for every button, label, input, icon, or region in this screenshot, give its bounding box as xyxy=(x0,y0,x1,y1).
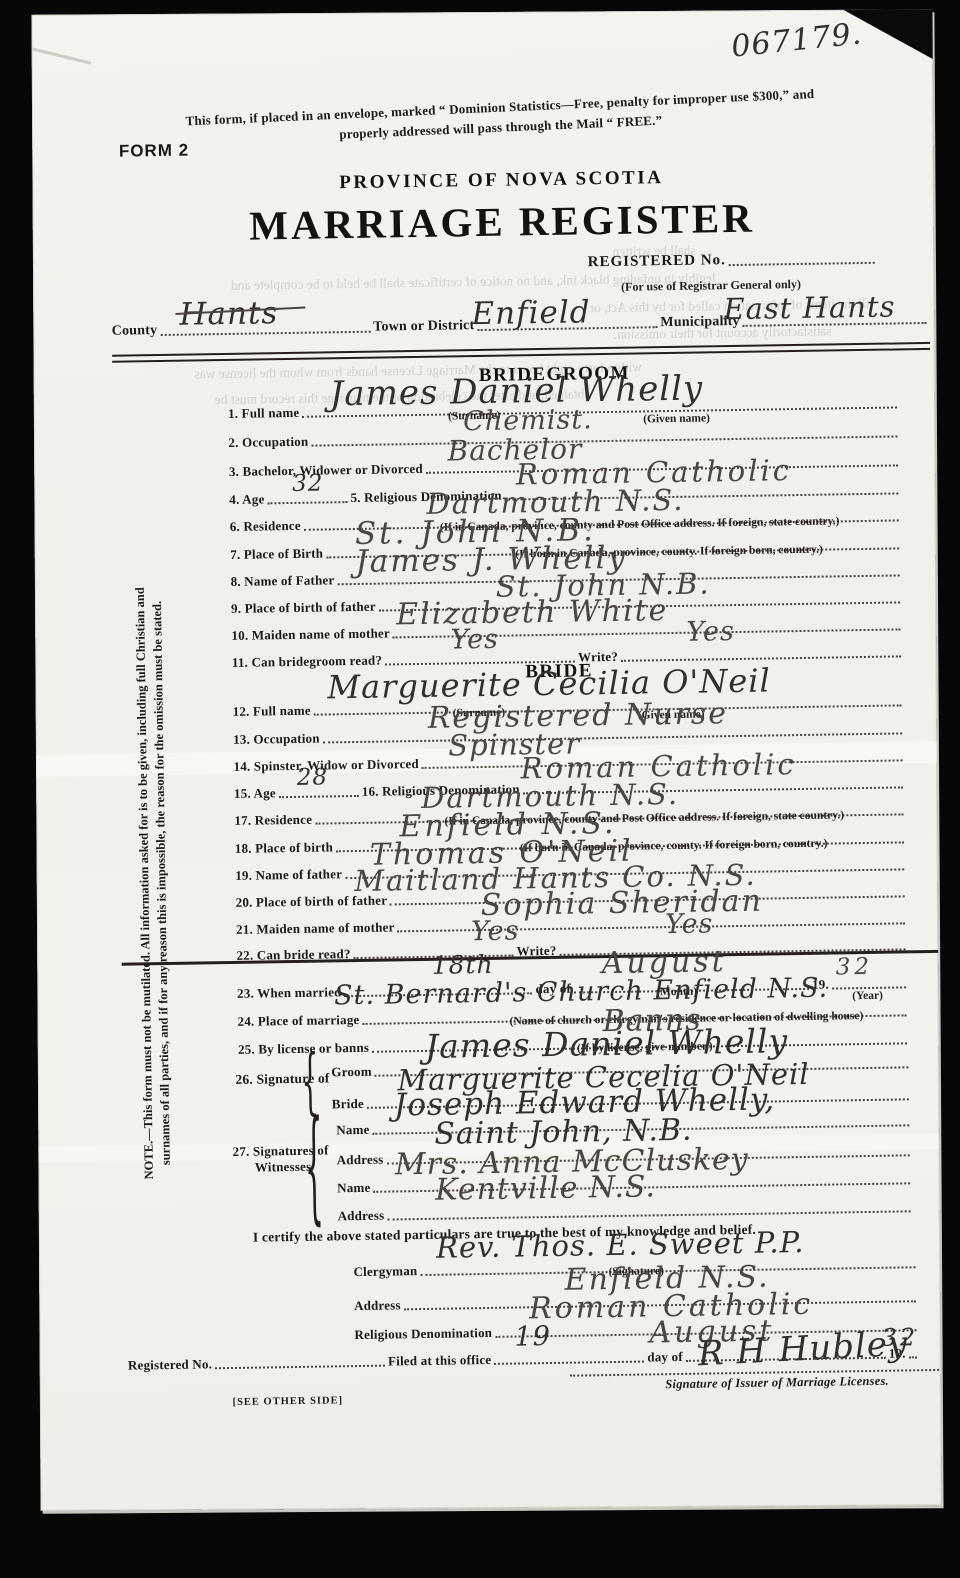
bride-birthplace-label: 18. Place of birth xyxy=(235,839,333,857)
bride-canread-value: Yes xyxy=(471,915,520,947)
issuer-signature-label: Signature of Issuer of Marriage Licenses… xyxy=(665,1374,889,1393)
form-number: FORM 2 xyxy=(119,141,190,162)
margin-note: NOTE.—This form must not be mutilated. A… xyxy=(131,549,175,1217)
groom-father-label: 8. Name of Father xyxy=(231,572,335,590)
registered-no-footer-label: Registered No. xyxy=(128,1356,212,1373)
county-label: County xyxy=(112,323,158,340)
witnesses-label-line2: Witnesses xyxy=(255,1159,312,1176)
groom-fullname-label: 1. Full name xyxy=(228,405,300,422)
bride-occupation-label: 13. Occupation xyxy=(233,731,320,748)
bride-mother-label: 21. Maiden name of mother xyxy=(236,919,395,937)
bride-sig-label: Bride xyxy=(332,1096,364,1113)
witness2-address-value: Kentville N.S. xyxy=(435,1169,656,1207)
registered-no-label: REGISTERED No. xyxy=(588,252,726,271)
groom-canwrite-value: Yes xyxy=(686,616,735,648)
groom-status-label: 3. Bachelor, Widower or Divorced xyxy=(229,461,423,480)
scanned-page: shall be written legibly in unfading bla… xyxy=(31,9,941,1510)
groom-birthplace-label: 7. Place of Birth xyxy=(230,545,323,562)
wedding-day-value: 18th xyxy=(431,950,493,980)
when-married-label: 23. When married xyxy=(237,984,342,1002)
groom-father-birthplace-label: 9. Place of birth of father xyxy=(231,599,376,617)
filed-at-office-label: Filed at this office xyxy=(388,1352,492,1370)
bride-canwrite-value: Yes xyxy=(665,908,714,940)
town-district-value: Enfield xyxy=(471,294,591,332)
witness2-name-label: Name xyxy=(337,1180,371,1197)
groom-occupation-label: 2. Occupation xyxy=(228,434,308,451)
town-district-label: Town or District xyxy=(373,318,474,336)
groom-age-label: 4. Age xyxy=(229,491,264,508)
filed-day-value: 19 xyxy=(514,1321,551,1353)
clergyman-label: Clergyman xyxy=(353,1263,417,1280)
groom-givenname-hint: (Given name) xyxy=(643,412,710,425)
clergyman-address-label: Address xyxy=(354,1297,401,1314)
groom-sig-label: Groom xyxy=(331,1064,372,1081)
wedding-year-value: 32 xyxy=(836,954,874,981)
bride-age-value: 28 xyxy=(297,764,329,790)
witness1-name-label: Name xyxy=(336,1122,370,1139)
groom-mother-label: 10. Maiden name of mother xyxy=(231,625,390,643)
groom-age-value: 32 xyxy=(292,470,324,496)
witness1-address-label: Address xyxy=(337,1152,384,1169)
bride-fullname-label: 12. Full name xyxy=(233,703,311,720)
place-of-marriage-label: 24. Place of marriage xyxy=(237,1012,359,1030)
bride-residence-label: 17. Residence xyxy=(234,812,312,829)
see-other-side-note: [SEE OTHER SIDE] xyxy=(232,1395,343,1408)
page-content: shall be written legibly in unfading bla… xyxy=(31,9,941,1510)
year-hint: (Year) xyxy=(852,990,883,1002)
municipality-value: East Hants xyxy=(723,289,896,326)
groom-mother-value: Elizabeth White xyxy=(396,593,669,632)
bride-father-label: 19. Name of father xyxy=(235,866,342,884)
province-heading: PROVINCE OF NOVA SCOTIA xyxy=(251,166,751,196)
clergyman-denomination-label: Religious Denomination xyxy=(354,1325,492,1343)
bride-mother-value: Sophia Sheridan xyxy=(480,884,763,923)
page-title: MARRIAGE REGISTER xyxy=(122,192,883,252)
scanned-marriage-register: { "scan": { "corner_number": "067179." }… xyxy=(0,0,960,1578)
witnesses-brace: { xyxy=(304,1099,325,1239)
clergyman-signature-value: Rev. Thos. E. Sweet P.P. xyxy=(436,1225,805,1265)
groom-canread-value: Yes xyxy=(450,624,499,656)
bride-age-label: 15. Age xyxy=(234,785,276,802)
corner-file-number: 067179. xyxy=(730,16,864,64)
witness2-address-label: Address xyxy=(338,1208,385,1225)
groom-residence-label: 6. Residence xyxy=(230,518,301,535)
filed-day-of-label: day of xyxy=(647,1349,683,1366)
